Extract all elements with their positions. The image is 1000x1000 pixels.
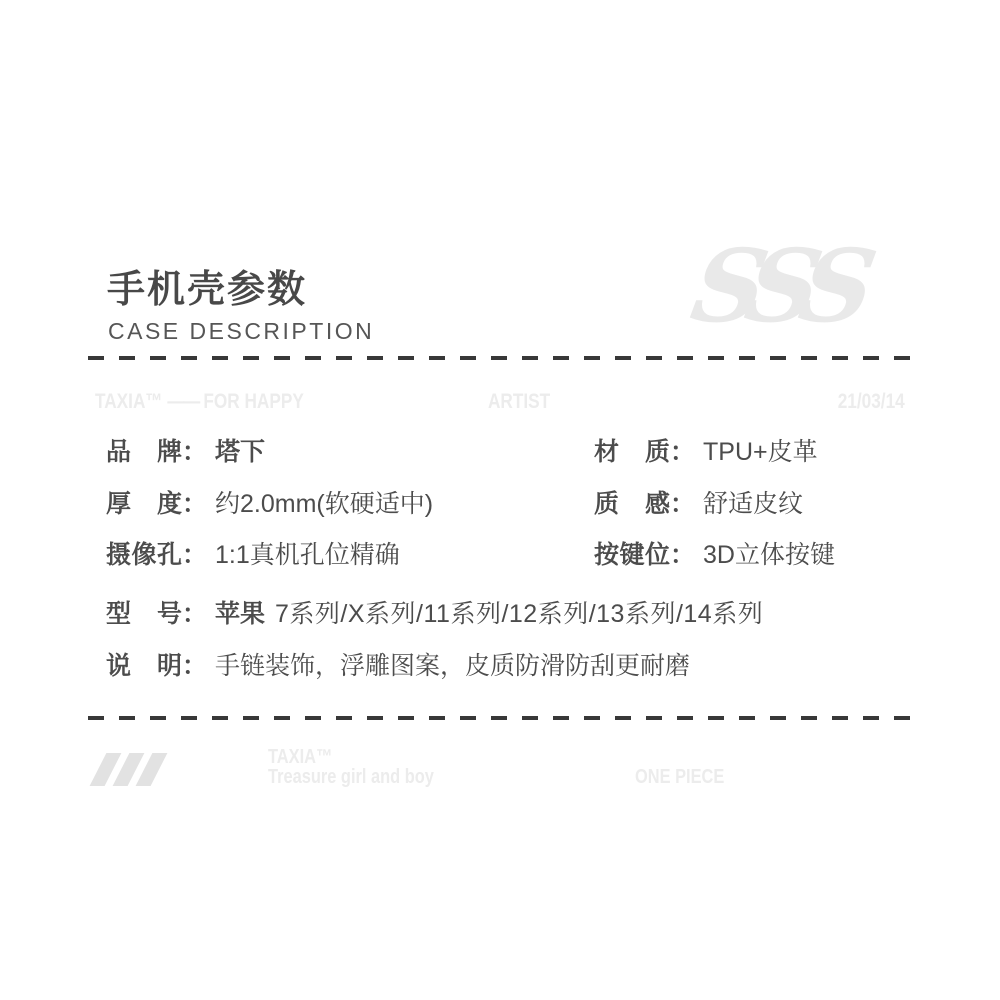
meta-artist: ARTIST xyxy=(488,390,564,414)
param-label: 型号 xyxy=(106,599,182,630)
param-row-texture: 质感：舒适皮纹 xyxy=(594,489,803,520)
footer-slogan: Treasure girl and boy xyxy=(268,767,470,788)
param-value: TPU+皮革 xyxy=(703,438,818,466)
triple-slash-icon xyxy=(98,753,167,791)
param-value: 塔下 xyxy=(215,438,265,466)
param-value: 约2.0mm(软硬适中) xyxy=(215,490,433,518)
param-colon: ： xyxy=(670,438,695,466)
param-row-buttons: 按键位：3D立体按键 xyxy=(594,540,835,571)
param-value-brand: 苹果 xyxy=(215,600,265,628)
param-value: 1:1真机孔位精确 xyxy=(215,541,400,569)
param-row-material: 材质：TPU+皮革 xyxy=(594,437,818,468)
page-title: 手机壳参数 xyxy=(107,268,307,312)
param-colon: ： xyxy=(182,541,207,569)
param-label: 厚度 xyxy=(106,489,182,520)
param-label: 材质 xyxy=(594,437,670,468)
sss-watermark: SSS xyxy=(685,234,868,338)
param-label: 摄像孔 xyxy=(106,540,182,571)
param-value: 舒适皮纹 xyxy=(703,490,803,518)
case-description-page: 手机壳参数 CASE DESCRIPTION SSS TAXIA™ —— FOR… xyxy=(0,0,1000,1000)
param-label: 品牌 xyxy=(106,437,182,468)
param-label: 质感 xyxy=(594,489,670,520)
param-colon: ： xyxy=(182,490,207,518)
footer-tagline: ONE PIECE xyxy=(635,767,744,788)
param-colon: ： xyxy=(182,652,207,680)
footer-brand: TAXIA™ xyxy=(268,747,347,768)
param-colon: ： xyxy=(182,600,207,628)
param-row-model: 型号：苹果7系列/X系列/11系列/12系列/13系列/14系列 xyxy=(106,599,763,630)
meta-slogan: FOR HAPPY xyxy=(203,390,303,413)
param-value: 3D立体按键 xyxy=(703,541,835,569)
param-colon: ： xyxy=(670,490,695,518)
param-row-thickness: 厚度：约2.0mm(软硬适中) xyxy=(106,489,433,520)
param-row-description: 说明：手链装饰，浮雕图案，皮质防滑防刮更耐磨 xyxy=(106,651,690,682)
param-row-brand: 品牌：塔下 xyxy=(106,437,265,468)
page-subtitle: CASE DESCRIPTION xyxy=(108,318,374,344)
meta-brand: TAXIA™ xyxy=(95,390,163,413)
meta-date: 21/03/14 xyxy=(823,390,905,414)
dashed-divider-top xyxy=(88,356,912,360)
meta-dash: —— xyxy=(167,390,198,413)
param-colon: ： xyxy=(182,438,207,466)
param-colon: ： xyxy=(670,541,695,569)
param-label: 按键位 xyxy=(594,540,670,571)
param-row-camera-hole: 摄像孔：1:1真机孔位精确 xyxy=(106,540,400,571)
param-value: 手链装饰，浮雕图案，皮质防滑防刮更耐磨 xyxy=(215,652,690,680)
param-value-series: 7系列/X系列/11系列/12系列/13系列/14系列 xyxy=(275,600,763,628)
meta-brand-line: TAXIA™ —— FOR HAPPY xyxy=(95,390,350,414)
dashed-divider-bottom xyxy=(88,716,912,720)
param-label: 说明 xyxy=(106,651,182,682)
